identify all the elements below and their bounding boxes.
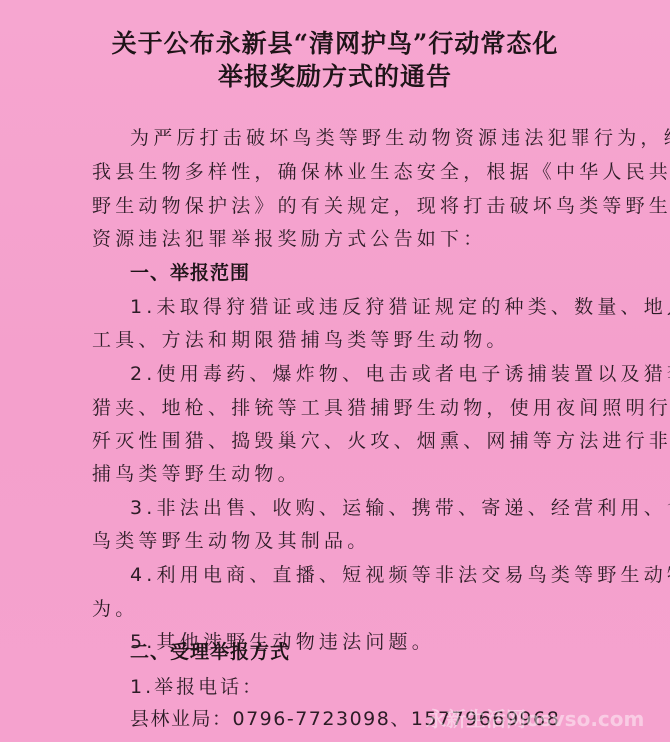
scope-item-1-line: 1.未取得狩猎证或违反狩猎证规定的种类、数量、地点、 bbox=[130, 292, 670, 319]
intro-paragraph-line: 资源违法犯罪举报奖励方式公告如下： bbox=[92, 224, 486, 251]
intro-paragraph-line: 为严厉打击破坏鸟类等野生动物资源违法犯罪行为，维护 bbox=[130, 123, 670, 150]
scope-item-2-line: 歼灭性围猎、捣毁巢穴、火攻、烟熏、网捕等方法进行非法猎 bbox=[92, 426, 670, 453]
scope-item-3-line: 鸟类等野生动物及其制品。 bbox=[92, 526, 370, 553]
document-title-line1: 关于公布永新县“清网护鸟”行动常态化 bbox=[0, 24, 670, 60]
document-title-line2: 举报奖励方式的通告 bbox=[0, 57, 670, 93]
scope-item-2-line: 2.使用毒药、爆炸物、电击或者电子诱捕装置以及猎套、 bbox=[130, 359, 670, 386]
intro-paragraph-line: 野生动物保护法》的有关规定，现将打击破坏鸟类等野生动物 bbox=[92, 191, 670, 218]
section-heading-report-scope: 一、举报范围 bbox=[130, 258, 250, 285]
scope-item-2-line: 猎夹、地枪、排铳等工具猎捕野生动物，使用夜间照明行猎、 bbox=[92, 393, 670, 420]
scope-item-4-line: 4.利用电商、直播、短视频等非法交易鸟类等野生动物行 bbox=[130, 560, 670, 587]
scope-item-2-line: 捕鸟类等野生动物。 bbox=[92, 459, 301, 486]
report-phone-label: 1.举报电话： bbox=[130, 672, 264, 699]
scope-item-3-line: 3.非法出售、收购、运输、携带、寄递、经营利用、食用 bbox=[130, 493, 670, 520]
scope-item-4-line: 为。 bbox=[92, 594, 138, 621]
scope-item-1-line: 工具、方法和期限猎捕鸟类等野生动物。 bbox=[92, 325, 510, 352]
section-heading-report-methods: 二、受理举报方式 bbox=[130, 637, 290, 664]
intro-paragraph-line: 我县生物多样性，确保林业生态安全，根据《中华人民共和国 bbox=[92, 157, 670, 184]
document-page: 关于公布永新县“清网护鸟”行动常态化 举报奖励方式的通告 为严厉打击破坏鸟类等野… bbox=[0, 0, 670, 742]
site-watermark: 永新生活网osvso.com bbox=[426, 703, 644, 732]
